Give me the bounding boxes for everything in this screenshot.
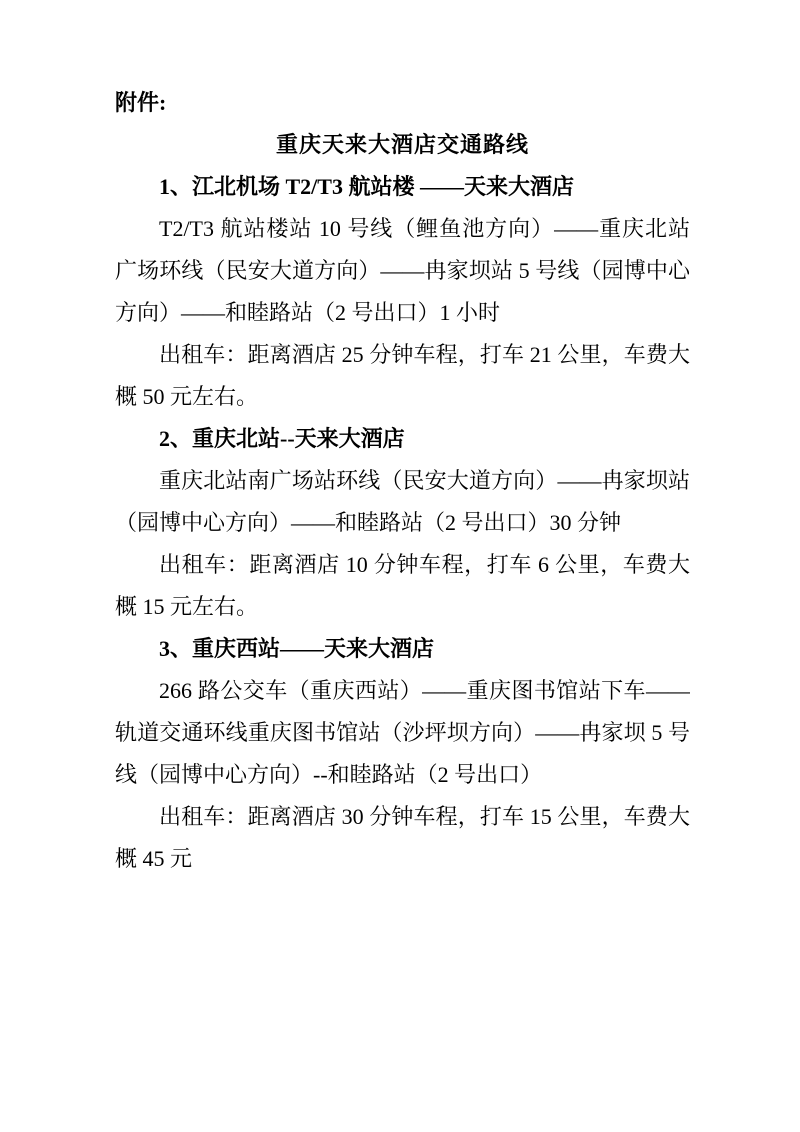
section-1-route-line-1: T2/T3 航站楼站 10 号线（鲤鱼池方向）——重庆北站南 bbox=[115, 208, 690, 250]
document-title: 重庆天来大酒店交通路线 bbox=[115, 124, 690, 166]
attachment-label: 附件: bbox=[115, 82, 690, 124]
section-2-route-line-2: （园博中心方向）——和睦路站（2 号出口）30 分钟 bbox=[115, 502, 690, 544]
section-3-heading: 3、重庆西站——天来大酒店 bbox=[115, 628, 690, 670]
section-1-route-line-3: 方向）——和睦路站（2 号出口）1 小时 bbox=[115, 292, 690, 334]
section-3-taxi-line-2: 概 45 元 bbox=[115, 838, 690, 880]
section-3-route-line-1: 266 路公交车（重庆西站）——重庆图书馆站下车—— bbox=[115, 670, 690, 712]
section-1-heading: 1、江北机场 T2/T3 航站楼 ——天来大酒店 bbox=[115, 166, 690, 208]
section-3-taxi-line-1: 出租车：距离酒店 30 分钟车程，打车 15 公里，车费大 bbox=[115, 796, 690, 838]
section-1-taxi-line-1: 出租车：距离酒店 25 分钟车程，打车 21 公里，车费大 bbox=[115, 334, 690, 376]
section-2-taxi-line-2: 概 15 元左右。 bbox=[115, 586, 690, 628]
section-3-route-line-3: 线（园博中心方向）--和睦路站（2 号出口） bbox=[115, 754, 690, 796]
section-2-taxi-line-1: 出租车：距离酒店 10 分钟车程，打车 6 公里，车费大 bbox=[115, 544, 690, 586]
document-page: 附件: 重庆天来大酒店交通路线 1、江北机场 T2/T3 航站楼 ——天来大酒店… bbox=[0, 0, 800, 1132]
section-2-heading: 2、重庆北站--天来大酒店 bbox=[115, 418, 690, 460]
section-3-route-line-2: 轨道交通环线重庆图书馆站（沙坪坝方向）——冉家坝 5 号 bbox=[115, 712, 690, 754]
section-1-taxi-line-2: 概 50 元左右。 bbox=[115, 376, 690, 418]
section-2-route-line-1: 重庆北站南广场站环线（民安大道方向）——冉家坝站 bbox=[115, 460, 690, 502]
section-1-route-line-2: 广场环线（民安大道方向）——冉家坝站 5 号线（园博中心 bbox=[115, 250, 690, 292]
